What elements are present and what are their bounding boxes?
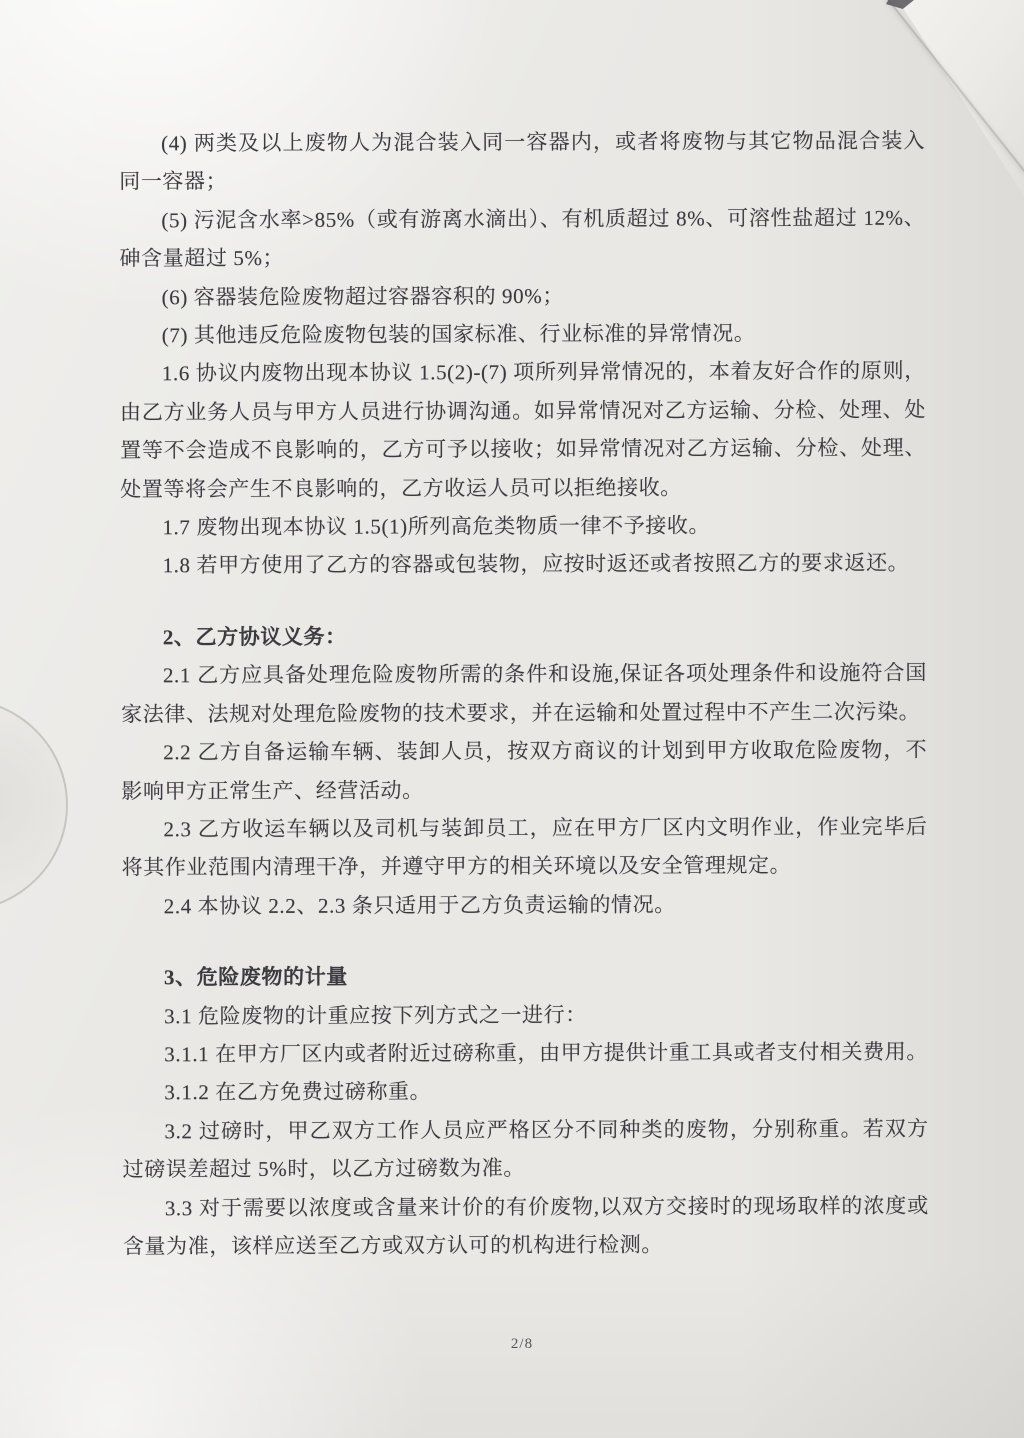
page-number: 2/8: [0, 1336, 1024, 1353]
clause-2-4: 2.4 本协议 2.2、2.3 条只适用于乙方负责运输的情况。: [122, 884, 928, 925]
clause-1-6: 1.6 协议内废物出现本协议 1.5(2)-(7) 项所列异常情况的，本着友好合…: [120, 352, 927, 508]
document-text: (4) 两类及以上废物人为混合装入同一容器内，或者将废物与其它物品混合装入同一容…: [119, 122, 929, 1266]
clause-2-3: 2.3 乙方收运车辆以及司机与装卸员工，应在甲方厂区内文明作业，作业完毕后将其作…: [121, 807, 927, 887]
clause-2-1: 2.1 乙方应具备处理危险废物所需的条件和设施,保证各项处理条件和设施符合国家法…: [121, 654, 927, 734]
clause-3-3: 3.3 对于需要以浓度或含量来计价的有价废物,以双方交接时的现场取样的浓度或含量…: [123, 1186, 929, 1266]
clause-1-5-item-6: (6) 容器装危险废物超过容器容积的 90%；: [120, 275, 926, 316]
scanned-document-page: (4) 两类及以上废物人为混合装入同一容器内，或者将废物与其它物品混合装入同一容…: [0, 0, 1024, 1438]
clause-1-8: 1.8 若甲方使用了乙方的容器或包装物，应按时返还或者按照乙方的要求返还。: [120, 544, 926, 585]
clause-1-5-item-5: (5) 污泥含水率>85%（或有游离水滴出）、有机质超过 8%、可溶性盐超过 1…: [119, 198, 925, 278]
clause-3-1-1: 3.1.1 在甲方厂区内或者附近过磅称重，由甲方提供计重工具或者支付相关费用。: [122, 1033, 928, 1074]
clause-2-2: 2.2 乙方自备运输车辆、装卸人员，按双方商议的计划到甲方收取危险废物，不影响甲…: [121, 731, 927, 811]
section-heading-2: 2、乙方协议义务：: [121, 615, 927, 656]
clause-3-1: 3.1 危险废物的计重应按下列方式之一进行：: [122, 994, 928, 1035]
clause-3-2: 3.2 过磅时，甲乙双方工作人员应严格区分不同种类的废物，分别称重。若双方过磅误…: [122, 1109, 928, 1189]
clause-3-1-2: 3.1.2 在乙方免费过磅称重。: [122, 1071, 928, 1112]
stamp-bleed-circle: [0, 698, 68, 912]
section-heading-3: 3、危险废物的计量: [122, 956, 928, 997]
clause-1-5-item-7: (7) 其他违反危险废物包装的国家标准、行业标准的异常情况。: [120, 314, 926, 355]
clause-1-5-item-4: (4) 两类及以上废物人为混合装入同一容器内，或者将废物与其它物品混合装入同一容…: [119, 122, 925, 202]
clause-1-7: 1.7 废物出现本协议 1.5(1)所列高危类物质一律不予接收。: [120, 506, 926, 547]
